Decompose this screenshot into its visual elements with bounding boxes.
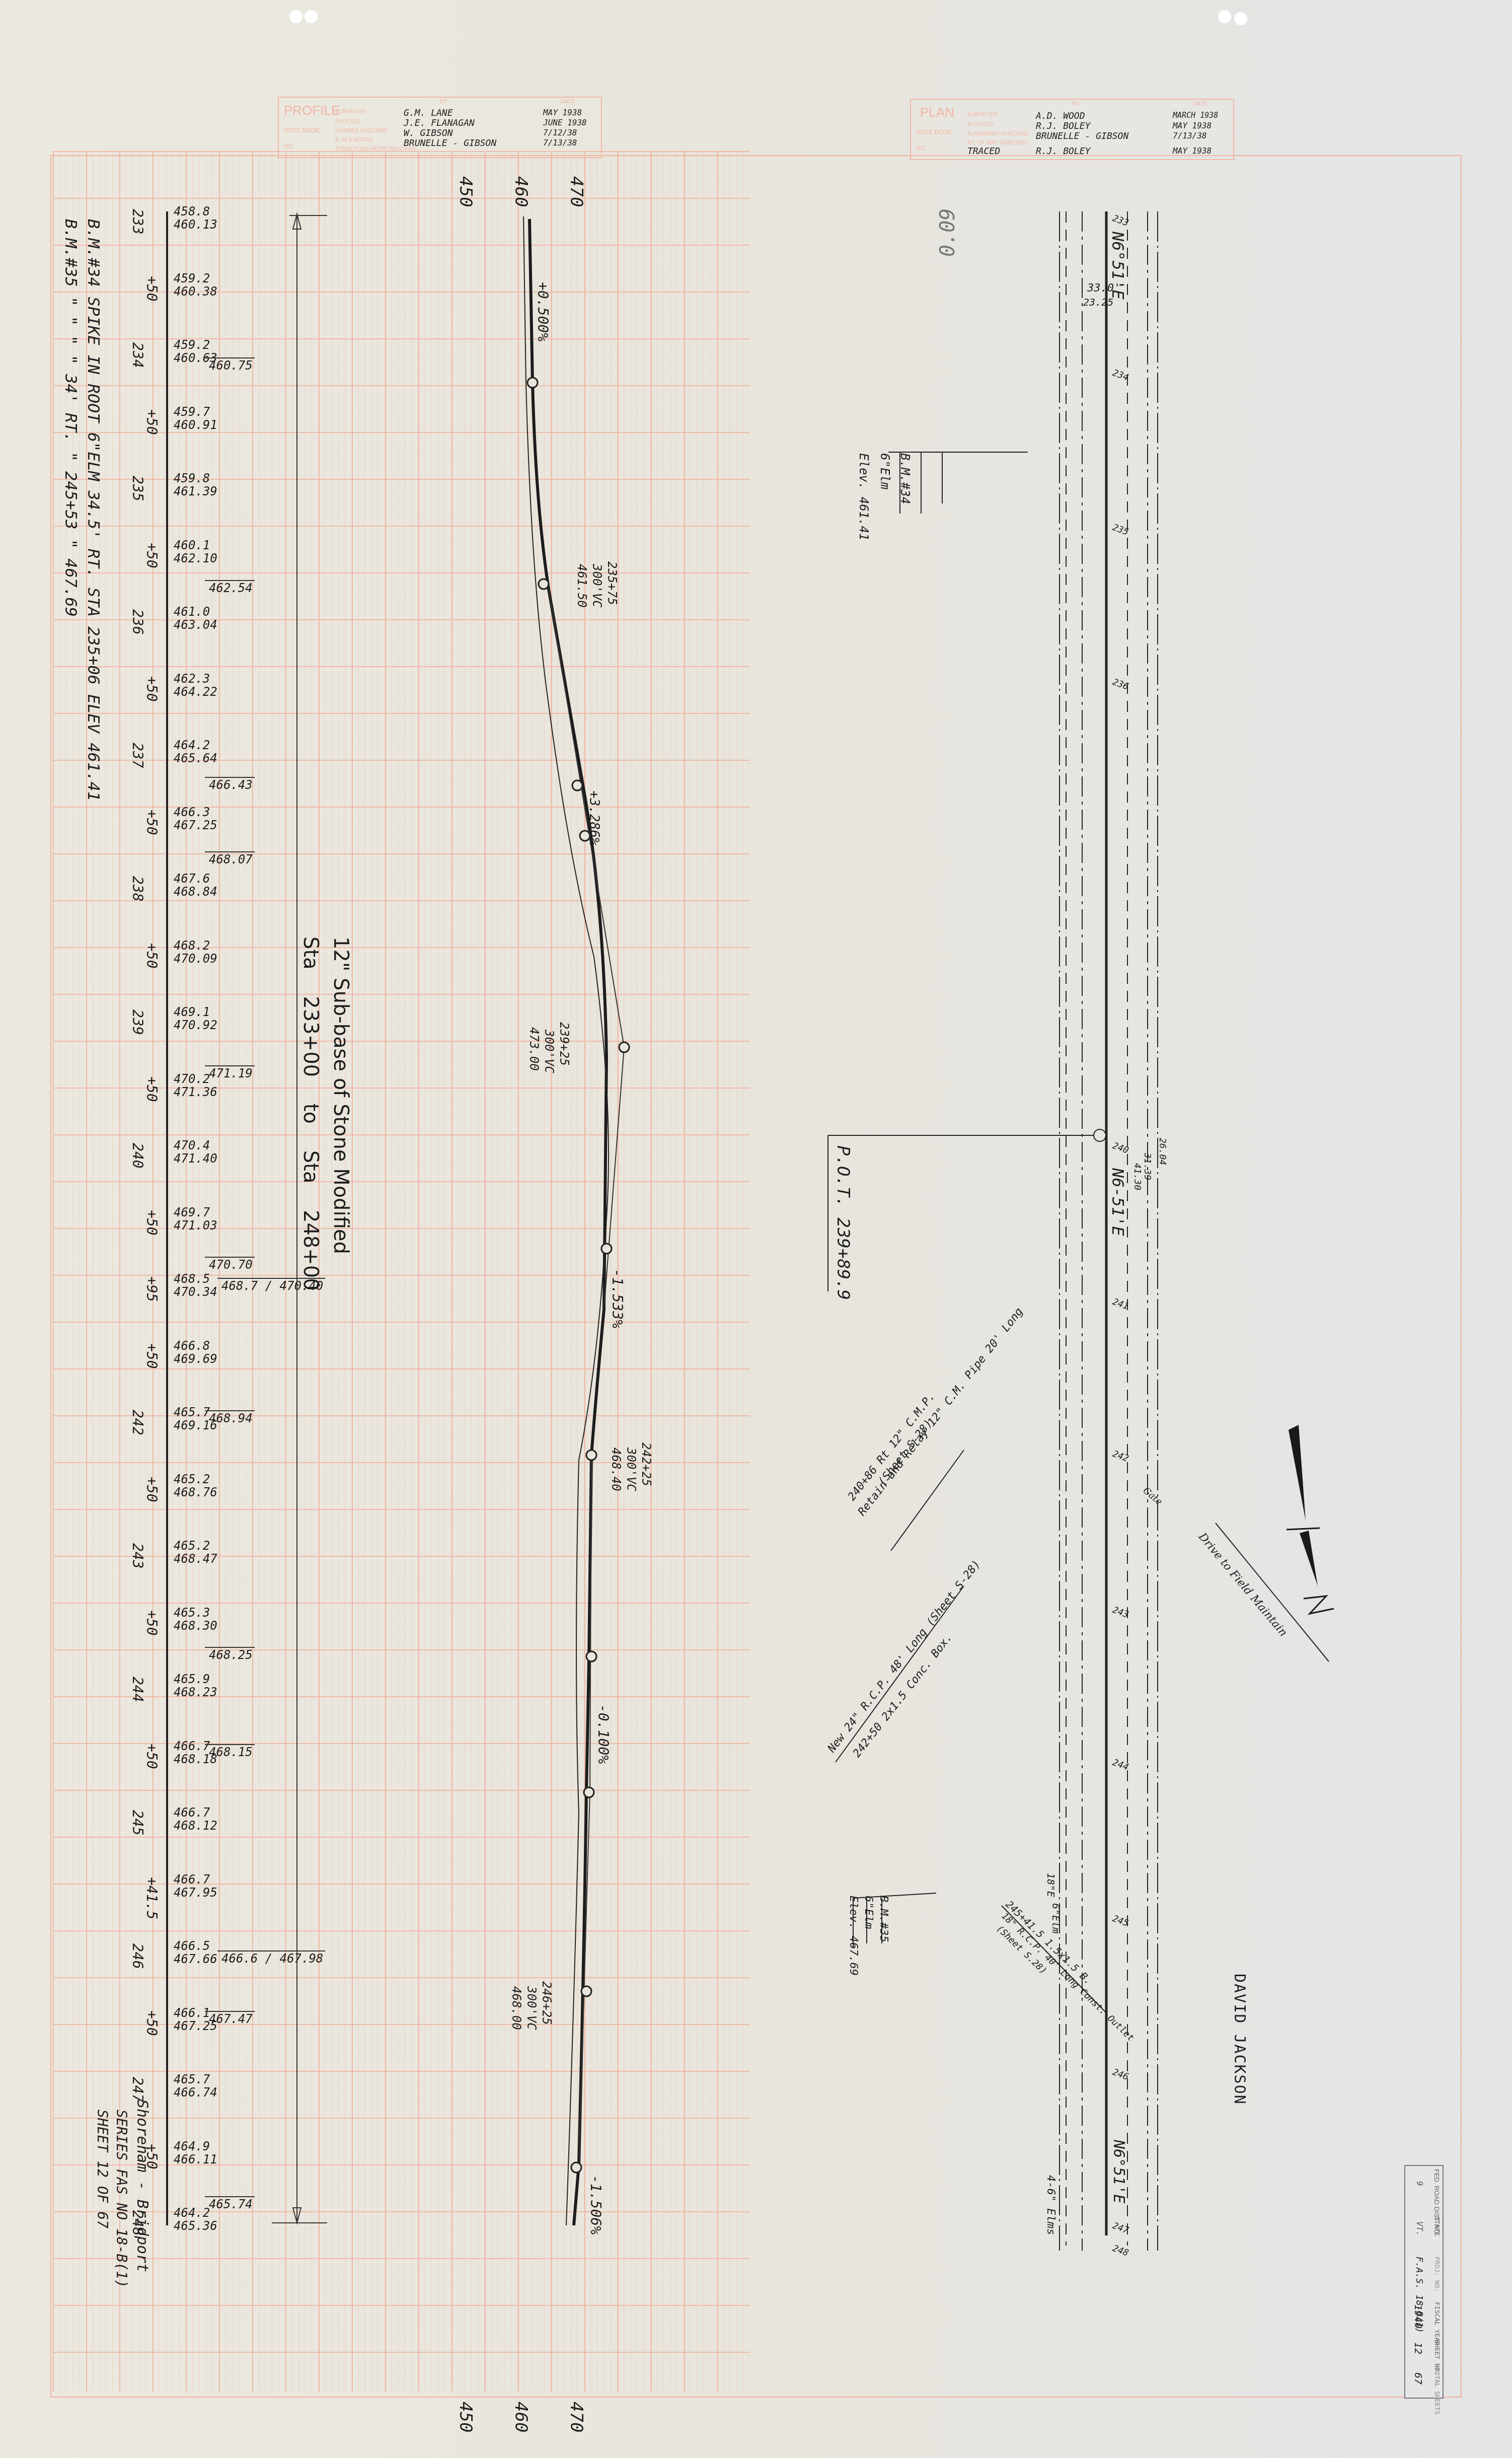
grade-label: -1.506% [587, 2175, 604, 2234]
series-label: SERIES FAS NO 18-B(1) [113, 2110, 130, 2288]
vc-pvi: 242+25 [639, 1442, 653, 1486]
pot-label: P.O.T. 239+89.9 [833, 1145, 853, 1300]
offset-label: 33.0' [1087, 282, 1120, 295]
grade-label: -1.533% [609, 1269, 626, 1328]
bearing-label: N6-51'E [1108, 1168, 1127, 1236]
project-stamp: FED. ROAD DIST. NO. STATE PROJ. NO. FISC… [1404, 2165, 1444, 2399]
vc-pvi: 246+25 [540, 1981, 554, 2025]
tree-label: 18"E [1045, 1873, 1057, 1897]
tie-label: 26.04 [1157, 1138, 1168, 1165]
grade-label: +3.286% [586, 790, 601, 846]
sheet-number: 12 [1412, 2342, 1424, 2354]
vc-pvi: 235+75 [605, 561, 619, 605]
station-range-note: Sta 233+00 to Sta 248+00 [299, 936, 322, 1291]
offset-label: 23.25 [1083, 296, 1113, 308]
grade-label: -0.100% [595, 1704, 612, 1764]
tie-label: 31.39 [1142, 1153, 1153, 1180]
note-009: 0.09 [936, 208, 959, 257]
tie-label: 41.30 [1132, 1163, 1143, 1190]
vc-pvi: 239+25 [557, 1022, 571, 1066]
grade-label: +0.500% [535, 282, 551, 341]
sheet-label: SHEET 12 OF 67 [94, 2110, 111, 2228]
tree-label: 6"Elm [1050, 1903, 1062, 1933]
benchmark-note: B.M.#34 SPIKE IN ROOT 6"ELM 34.5' RT. ST… [84, 219, 103, 801]
bm34-label: B.M.#34 [898, 453, 912, 504]
benchmark-note: B.M.#35 " " " " 34' RT. " 245+53 " 467.6… [61, 219, 81, 617]
total-sheets: 67 [1412, 2372, 1424, 2384]
bm35-label: B.M.#35 [877, 1896, 890, 1942]
owner-name: DAVID JACKSON [1231, 1974, 1248, 2105]
bearing-label: N6°51'E [1110, 2140, 1127, 2203]
project-name: Shoreham - Bridport [133, 2100, 151, 2272]
profile-plan-linework [0, 0, 1512, 2458]
subbase-note: 12" Sub-base of Stone Modified [329, 936, 352, 1254]
tree-label: 4-6" Elms [1044, 2175, 1057, 2235]
fiscal-year: 1940 [1412, 2304, 1424, 2329]
drawing-sheet: PROFILE NOTE BOOK NO. SURVEYED PLOTTED G… [0, 0, 1512, 2458]
